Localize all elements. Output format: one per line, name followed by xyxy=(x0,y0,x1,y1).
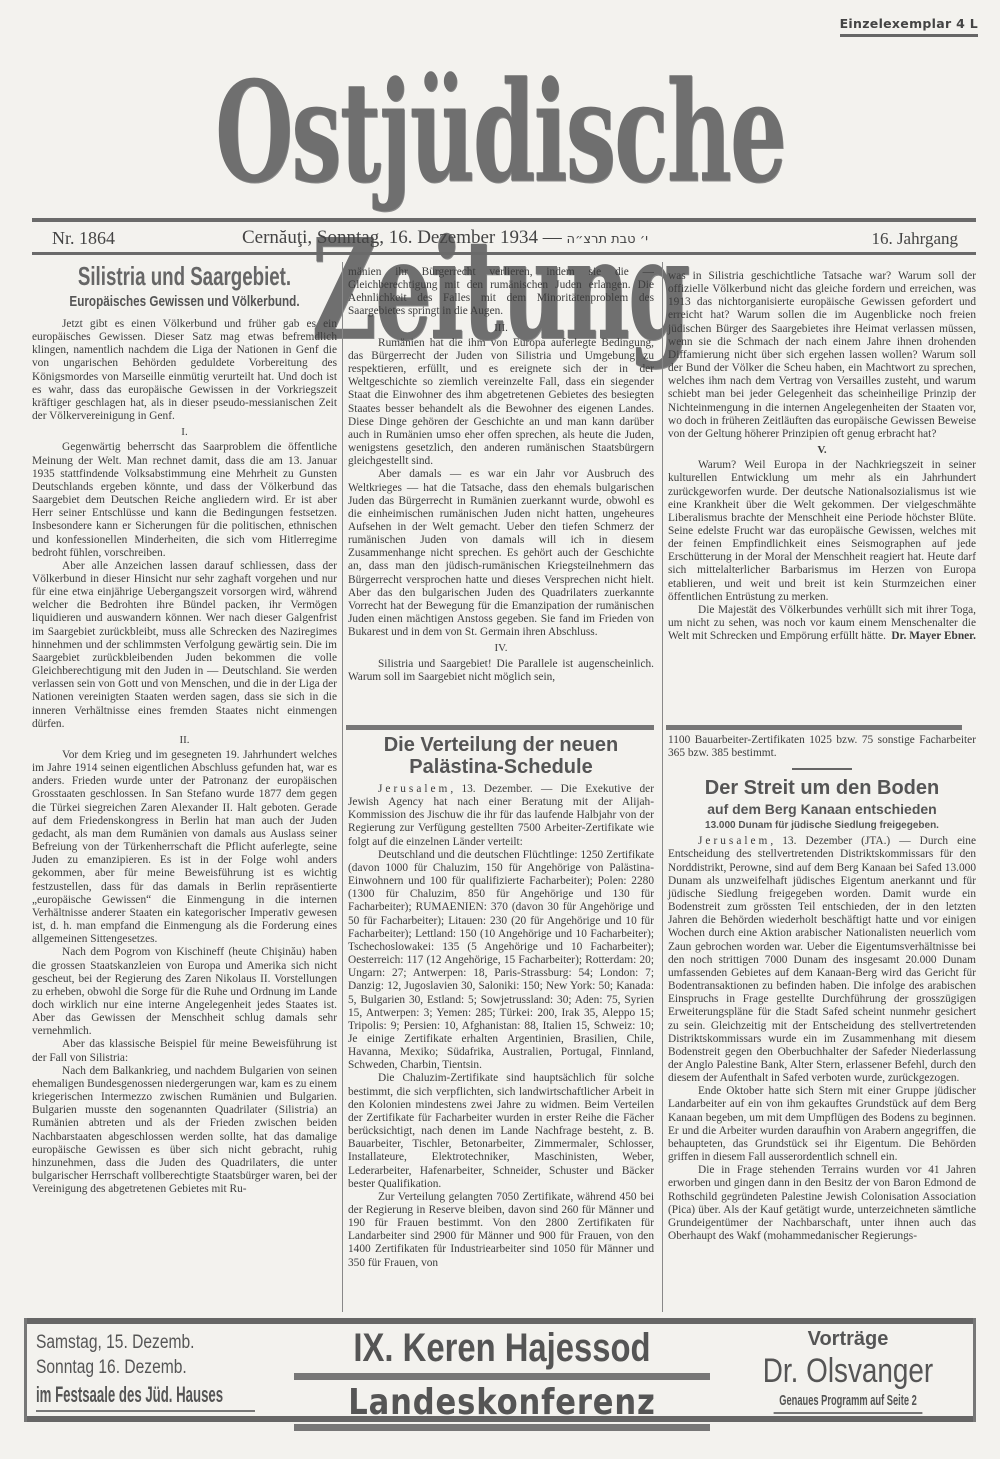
paragraph: Jerusalem, 13. Dezember. — Die Exekutive… xyxy=(348,783,654,849)
paragraph: Nach dem Pogrom von Kischineff (heute Ch… xyxy=(32,946,337,1038)
section-rule xyxy=(346,725,654,730)
dateline-place: Jerusalem xyxy=(378,783,450,795)
article-kanaan-column: 1100 Bauarbeiter-Zertifikaten 1025 bzw. … xyxy=(668,734,976,1243)
section-number: IV. xyxy=(348,642,654,655)
article-subheadline: Europäisches Gewissen und Völkerbund. xyxy=(34,292,334,312)
volume-year: 16. Jahrgang xyxy=(871,229,958,249)
column-divider-2 xyxy=(662,262,663,1312)
headline-line: Palästina-Schedule xyxy=(348,756,654,778)
ad-venue: im Festsaale des Jüd. Hauses xyxy=(36,1380,255,1412)
ad-border xyxy=(24,1318,27,1422)
ad-border xyxy=(973,1318,976,1422)
paragraph: Die Chaluzim-Zertifikate sind hauptsächl… xyxy=(348,1072,654,1190)
article-deck: 13.000 Dunam für jüdische Siedlung freig… xyxy=(668,818,976,833)
paragraph: Ende Oktober hatte sich Stern mit einer … xyxy=(668,1085,976,1164)
article-silistria-col1: Silistria und Saargebiet. Europäisches G… xyxy=(32,262,337,1196)
section-number: V. xyxy=(668,444,976,457)
ad-date-sunday: Sonntag 16. Dezemb. xyxy=(36,1355,216,1380)
paragraph: Aber alle Anzeichen lassen darauf schlie… xyxy=(32,560,337,731)
headline-line: Die Verteilung der neuen xyxy=(348,734,654,756)
section-number: III. xyxy=(348,322,654,335)
paragraph: was in Silistria geschichtliche Tatsache… xyxy=(668,270,976,441)
ad-lectures-label: Vorträge xyxy=(728,1326,968,1352)
ad-event-title: IX. Keren Hajessod Landeskonferenz xyxy=(282,1326,722,1435)
ad-speaker-name: Dr. Olsvanger xyxy=(750,1352,947,1390)
paragraph: Aber das klassische Beispiel für meine B… xyxy=(32,1038,337,1064)
short-divider xyxy=(792,768,852,770)
ad-title-line1: IX. Keren Hajessod xyxy=(322,1326,683,1370)
article-headline: Silistria und Saargebiet. xyxy=(46,262,323,290)
article-silistria-col3: was in Silistria geschichtliche Tatsache… xyxy=(668,270,976,644)
date-place: Cernăuţi, Sonntag, 16. Dezember 1934 — י… xyxy=(242,227,648,249)
ad-event-dates: Samstag, 15. Dezemb. Sonntag 16. Dezemb.… xyxy=(36,1330,256,1412)
newspaper-page: Einzelexemplar 4 L Ostjüdische Zeitung N… xyxy=(0,0,1000,1459)
article-subheadline: auf dem Berg Kanaan entschieden xyxy=(668,800,976,818)
single-copy-price: Einzelexemplar 4 L xyxy=(840,16,978,37)
paragraph-text: , 13. Dezember (JTA.) — Durch eine Entsc… xyxy=(668,835,976,1084)
paragraph: mänien ihr Bürgerrecht verlieren, indem … xyxy=(348,266,654,319)
paragraph: Nach dem Balkankrieg, und nachdem Bulgar… xyxy=(32,1065,337,1197)
ad-title-bar xyxy=(294,1424,710,1431)
paragraph: Deutschland und die deutschen Flüchtling… xyxy=(348,849,654,1073)
paragraph: Silistria und Saargebiet! Die Parallele … xyxy=(348,658,654,684)
paragraph: 1100 Bauarbeiter-Zertifikaten 1025 bzw. … xyxy=(668,734,976,760)
article-silistria-col2: mänien ihr Bürgerrecht verlieren, indem … xyxy=(348,266,654,684)
section-number: I. xyxy=(32,426,337,439)
masthead-rule-top xyxy=(32,218,976,222)
paragraph: Gegenwärtig beherrscht das Saarproblem d… xyxy=(32,441,337,559)
paragraph: Vor dem Krieg und im gesegneten 19. Jahr… xyxy=(32,749,337,946)
ad-speaker: Vorträge Dr. Olsvanger Genaues Programm … xyxy=(728,1326,968,1414)
date-text: Cernăuţi, Sonntag, 16. Dezember 1934 — xyxy=(242,227,562,248)
ad-border xyxy=(24,1318,976,1324)
article-palestine-schedule: Die Verteilung der neuen Palästina-Sched… xyxy=(348,734,654,1270)
advertisement-banner: Samstag, 15. Dezemb. Sonntag 16. Dezemb.… xyxy=(24,1318,976,1422)
ad-date-saturday: Samstag, 15. Dezemb. xyxy=(36,1330,216,1355)
section-rule xyxy=(666,725,962,730)
ad-title-bar xyxy=(294,1373,710,1380)
paragraph: Die in Frage stehenden Terrains wurden v… xyxy=(668,1164,976,1243)
paragraph: Aber damals — es war ein Jahr vor Ausbru… xyxy=(348,468,654,639)
dateline-bar: Nr. 1864 Cernăuţi, Sonntag, 16. Dezember… xyxy=(32,226,976,250)
paragraph: Rumänien hat die ihm von Europa auferleg… xyxy=(348,337,654,469)
masthead-rule-bottom xyxy=(32,252,976,255)
hebrew-date: י׳ טבת תרצ״ה xyxy=(567,232,649,247)
paragraph: Jetzt gibt es einen Völkerbund und frühe… xyxy=(32,318,337,423)
dateline-place: Jerusalem xyxy=(698,835,770,847)
issue-number: Nr. 1864 xyxy=(52,228,115,249)
paragraph: Jerusalem, 13. Dezember (JTA.) — Durch e… xyxy=(668,835,976,1085)
ad-program-note: Genaues Programm auf Seite 2 xyxy=(774,1390,923,1414)
paragraph: Zur Verteilung gelangten 7050 Zertifikat… xyxy=(348,1191,654,1270)
article-headline: Die Verteilung der neuen Palästina-Sched… xyxy=(348,734,654,778)
article-headline: Der Streit um den Boden xyxy=(668,776,976,800)
section-number: II. xyxy=(32,734,337,747)
paragraph: Warum? Weil Europa in der Nachkriegszeit… xyxy=(668,459,976,604)
column-divider-1 xyxy=(342,262,343,1312)
ad-title-line2: Landeskonferenz xyxy=(315,1384,689,1422)
